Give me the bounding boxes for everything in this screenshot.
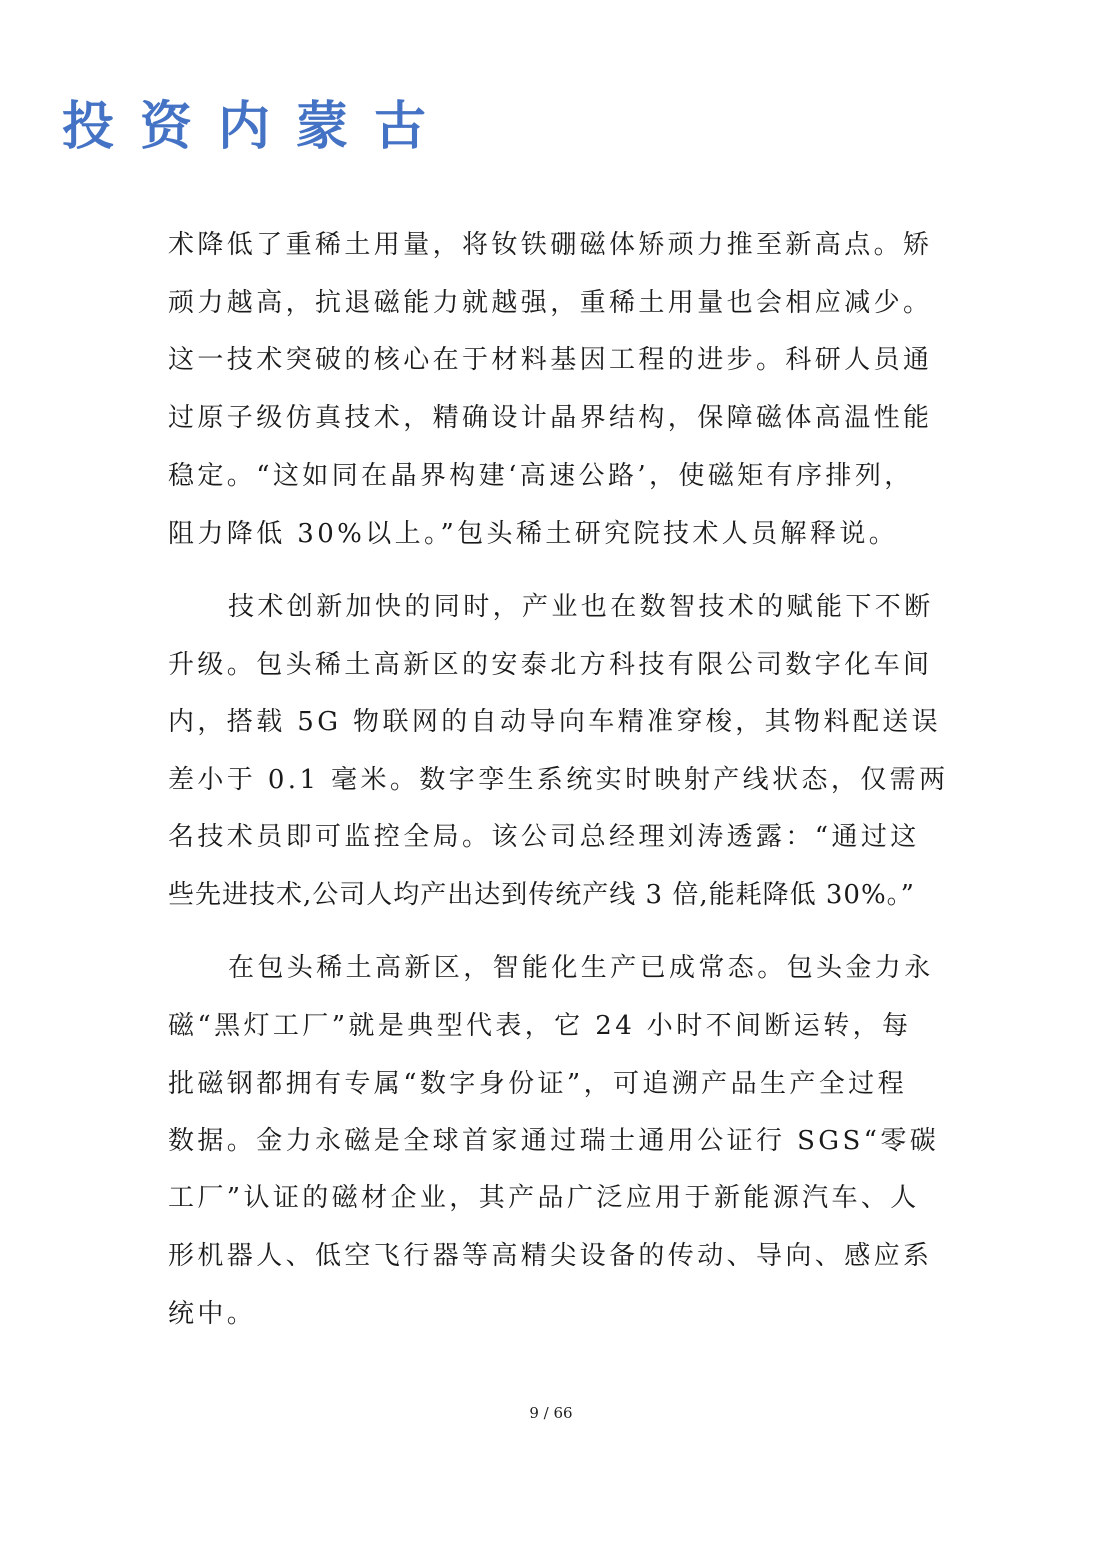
paragraph-1-line-4: 过原子级仿真技术，精确设计晶界结构，保障磁体高温性能: [168, 400, 932, 436]
paragraph-2-line-5: 名技术员即可监控全局。该公司总经理刘涛透露：“通过这: [168, 819, 920, 855]
paragraph-2-line-3: 内，搭载 5G 物联网的自动导向车精准穿梭，其物料配送误: [168, 704, 941, 740]
paragraph-3-line-5: 工厂”认证的磁材企业，其产品广泛应用于新能源汽车、人: [168, 1180, 920, 1216]
paragraph-3-line-6: 形机器人、低空飞行器等高精尖设备的传动、导向、感应系: [168, 1238, 932, 1274]
page-header-title: 投资内蒙古: [62, 92, 452, 162]
paragraph-1-line-6: 阻力降低 30%以上。”包头稀土研究院技术人员解释说。: [168, 516, 898, 552]
paragraph-2-line-4: 差小于 0.1 毫米。数字孪生系统实时映射产线状态，仅需两: [168, 762, 948, 798]
paragraph-1-line-3: 这一技术突破的核心在于材料基因工程的进步。科研人员通: [168, 342, 932, 378]
paragraph-3-line-1: 在包头稀土高新区，智能化生产已成常态。包头金力永: [228, 950, 934, 986]
paragraph-3-line-3: 批磁钢都拥有专属“数字身份证”，可追溯产品生产全过程: [168, 1066, 907, 1102]
paragraph-2-line-1: 技术创新加快的同时，产业也在数智技术的赋能下不断: [228, 589, 934, 625]
paragraph-1-line-5: 稳定。“这如同在晶界构建‘高速公路’，使磁矩有序排列，: [168, 458, 914, 494]
paragraph-1-line-2: 顽力越高，抗退磁能力就越强，重稀土用量也会相应减少。: [168, 285, 932, 321]
paragraph-2-line-2: 升级。包头稀土高新区的安泰北方科技有限公司数字化车间: [168, 647, 932, 683]
paragraph-3-line-2: 磁“黑灯工厂”就是典型代表，它 24 小时不间断运转，每: [168, 1008, 911, 1044]
paragraph-1-line-1: 术降低了重稀土用量，将钕铁硼磁体矫顽力推至新高点。矫: [168, 227, 932, 263]
paragraph-2-line-6: 些先进技术,公司人均产出达到传统产线 3 倍,能耗降低 30%。”: [168, 877, 915, 913]
paragraph-3-line-4: 数据。金力永磁是全球首家通过瑞士通用公证行 SGS“零碳: [168, 1123, 939, 1159]
paragraph-3-line-7: 统中。: [168, 1296, 256, 1332]
page-number: 9 / 66: [0, 1404, 1102, 1422]
